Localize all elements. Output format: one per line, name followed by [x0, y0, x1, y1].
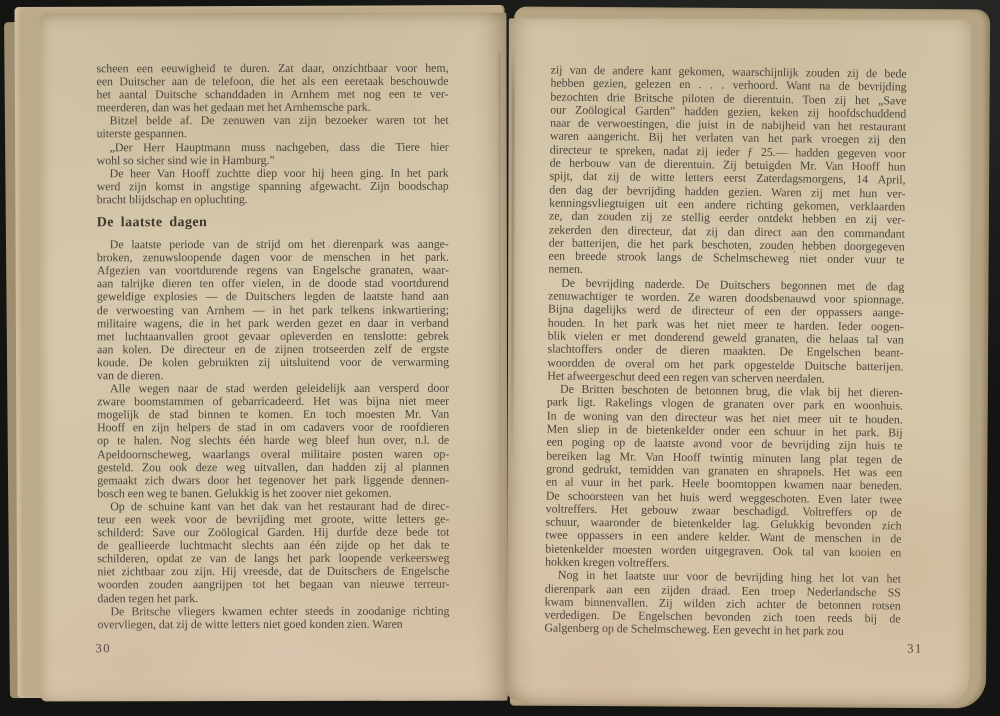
gutter-crease-left [498, 53, 501, 653]
book-scan: scheen een eeuwigheid te duren. Zat daar… [0, 0, 1000, 716]
paragraph: De Britsche vliegers kwamen echter steed… [97, 604, 449, 631]
paragraph: Bitzel belde af. De zenuwen van zijn bez… [97, 114, 449, 141]
text-line: werd zijn komst in angstige spanning afg… [97, 180, 449, 194]
text-line: woorden zouden aangrijpen tot het begaan… [97, 578, 449, 592]
text-line: bracht blijdschap en opluchting. [97, 193, 449, 207]
page-number-right: 31 [907, 641, 923, 656]
text-line: „Der Herr Hauptmann muss nachgeben, dass… [97, 140, 449, 154]
right-page-text: zij van de andere kant gekomen, waarschi… [544, 64, 906, 640]
right-page: zij van de andere kant gekomen, waarschi… [507, 18, 971, 704]
paragraph: De laatste periode van de strijd om het … [97, 238, 449, 383]
left-page-text: scheen een eeuwigheid te duren. Zat daar… [96, 62, 449, 631]
paragraph: zij van de andere kant gekomen, waarschi… [548, 64, 906, 281]
section-heading: De laatste dagen [97, 215, 449, 232]
paragraph: Nog in het laatste uur voor de bevrijdin… [544, 569, 901, 640]
paragraph: „Der Herr Hauptmann muss nachgeben, dass… [97, 140, 449, 167]
paragraph: De heer Van Hooff zuchtte diep voor hij … [97, 166, 449, 206]
paragraph: De bevrijding naderde. De Duitschers beg… [547, 276, 904, 386]
page-number-left: 30 [95, 641, 111, 656]
left-page: scheen een eeuwigheid te duren. Zat daar… [39, 13, 507, 702]
paragraph: De Britten beschoten de betonnen brug, d… [545, 383, 903, 573]
gutter-crease-right [511, 48, 515, 468]
text-line: geweldige explosies — de Duitschers legd… [97, 290, 449, 304]
text-line: op te halen. Nog slechts één harde weg b… [97, 434, 449, 448]
text-line: overvliegen, dat zij de witte letters ni… [97, 617, 449, 631]
paragraph: scheen een eeuwigheid te duren. Zat daar… [96, 62, 448, 115]
paragraph: Op de schuine kant van het dak van het r… [97, 500, 449, 605]
paragraph: Alle wegen naar de stad werden geleideli… [97, 382, 449, 500]
